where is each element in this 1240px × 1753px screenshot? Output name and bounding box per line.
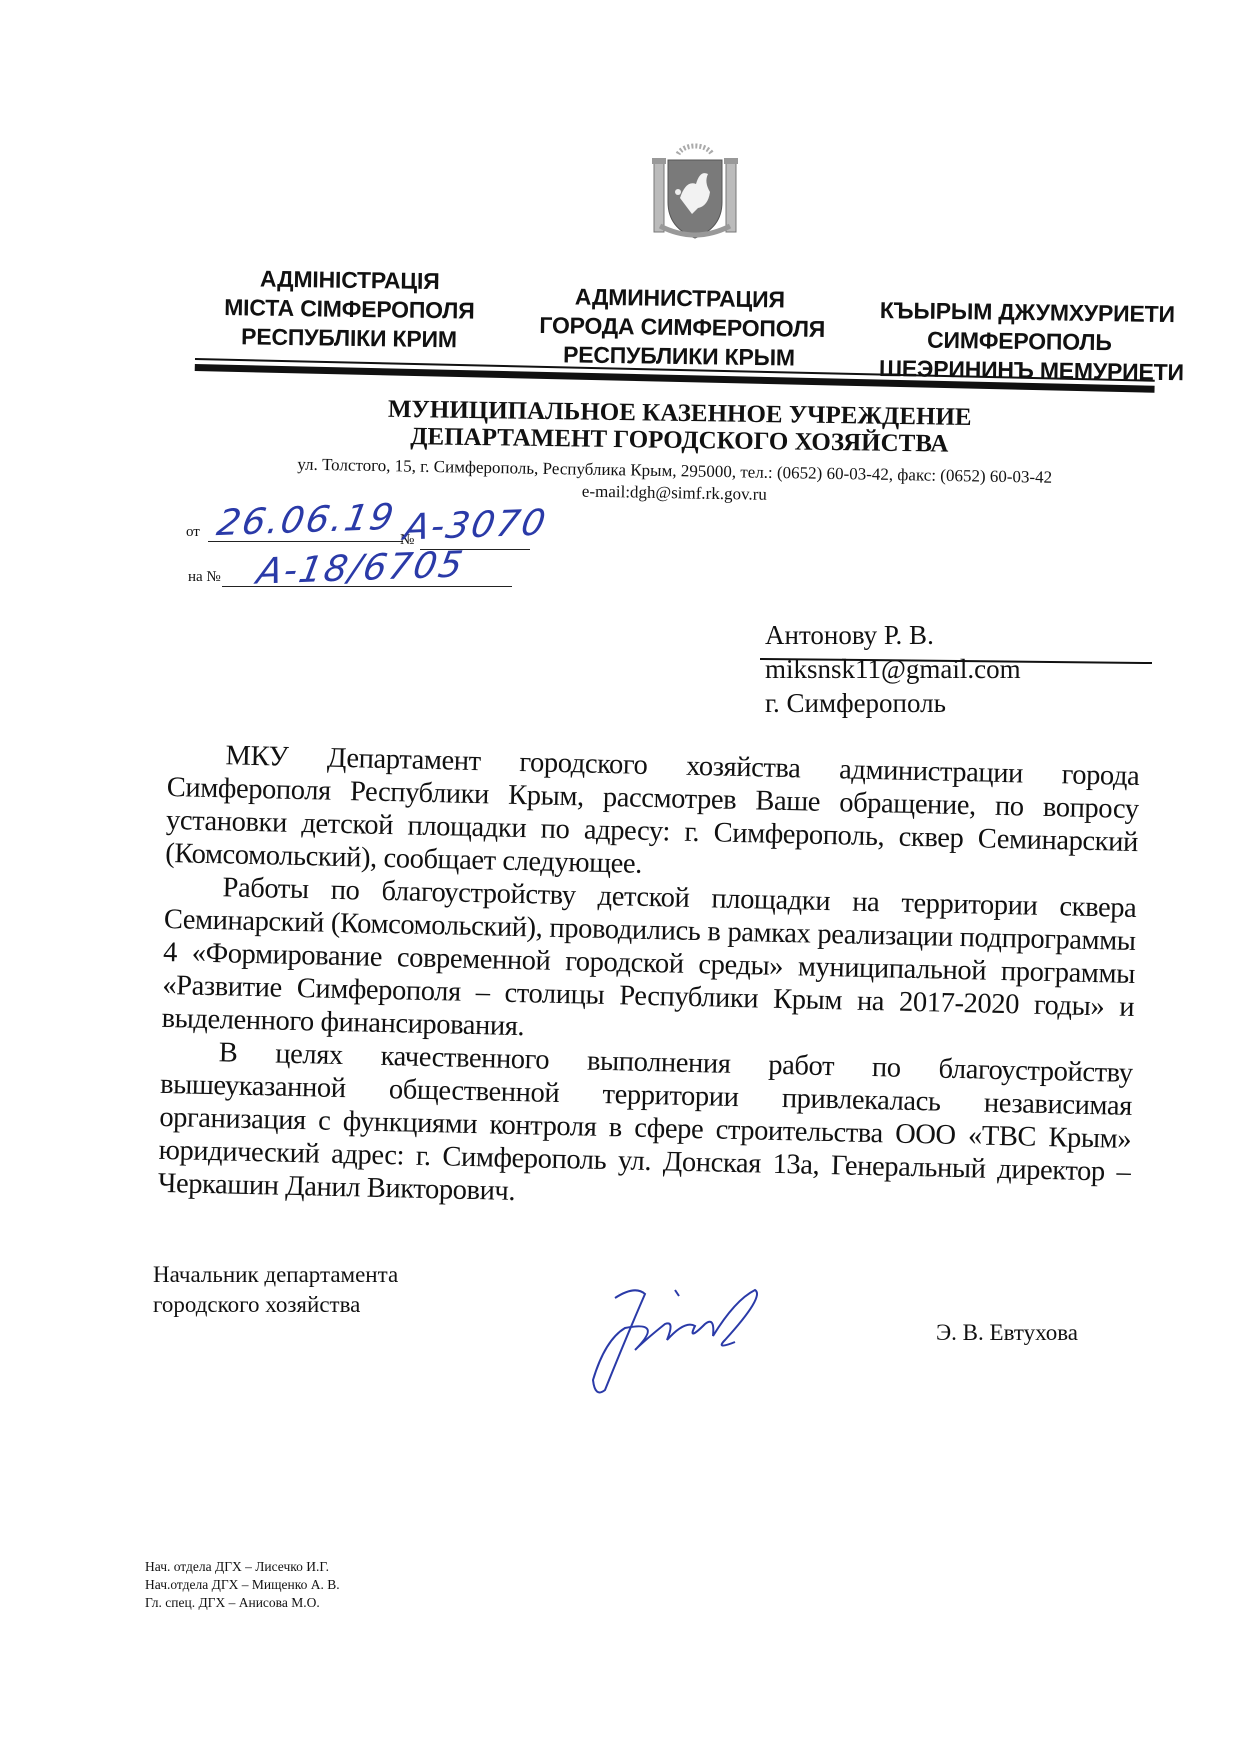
body-paragraph: МКУ Департамент городского хозяйства адм… [165, 738, 1140, 892]
letterhead-crimean-tatar: КЪЫРЫМ ДЖУМХУРИЕТИ СИМФЕРОПОЛЬ ШЕЭРИНИНЪ… [879, 296, 1160, 387]
handwritten-reply-number: А-18/6705 [254, 544, 468, 592]
recipient-block: Антонову Р. В. miksnsk11@gmail.com г. Си… [765, 618, 1155, 720]
body-paragraph: В целях качественного выполнения работ п… [158, 1035, 1133, 1222]
letter-body: МКУ Департамент городского хозяйства адм… [158, 738, 1140, 1222]
handwritten-number: А-3070 [401, 503, 550, 549]
organization-name: МУНИЦИПАЛЬНОЕ КАЗЕННОЕ УЧРЕЖДЕНИЕ ДЕПАРТ… [329, 395, 1030, 459]
recipient-city: г. Симферополь [765, 686, 1155, 720]
crimea-coat-of-arms-icon [650, 140, 740, 250]
executors-list: Нач. отдела ДГХ – Лисечко И.Г. Нач.отдел… [145, 1558, 340, 1612]
recipient-email: miksnsk11@gmail.com [765, 652, 1155, 686]
letterhead-ukrainian: АДМІНІСТРАЦІЯ МІСТА СІМФЕРОПОЛЯ РЕСПУБЛІ… [219, 264, 480, 355]
executor-item: Нач. отдела ДГХ – Лисечко И.Г. [145, 1558, 340, 1576]
recipient-name: Антонову Р. В. [765, 618, 1155, 652]
handwritten-signature-icon [575, 1280, 805, 1400]
handwritten-date: 26.06.19 [214, 497, 399, 544]
reference-reply-label: на № [188, 568, 221, 586]
reference-from-label: от [186, 523, 200, 541]
signatory-name: Э. В. Евтухова [936, 1320, 1078, 1346]
executor-item: Гл. спец. ДГХ – Анисова М.О. [145, 1594, 340, 1612]
body-paragraph: Работы по благоустройству детской площад… [161, 870, 1136, 1057]
signatory-title: Начальник департамента городского хозяйс… [153, 1260, 398, 1320]
executor-item: Нач.отдела ДГХ – Мищенко А. В. [145, 1576, 340, 1594]
letterhead-russian: АДМИНИСТРАЦИЯ ГОРОДА СИМФЕРОПОЛЯ РЕСПУБЛ… [539, 282, 820, 373]
